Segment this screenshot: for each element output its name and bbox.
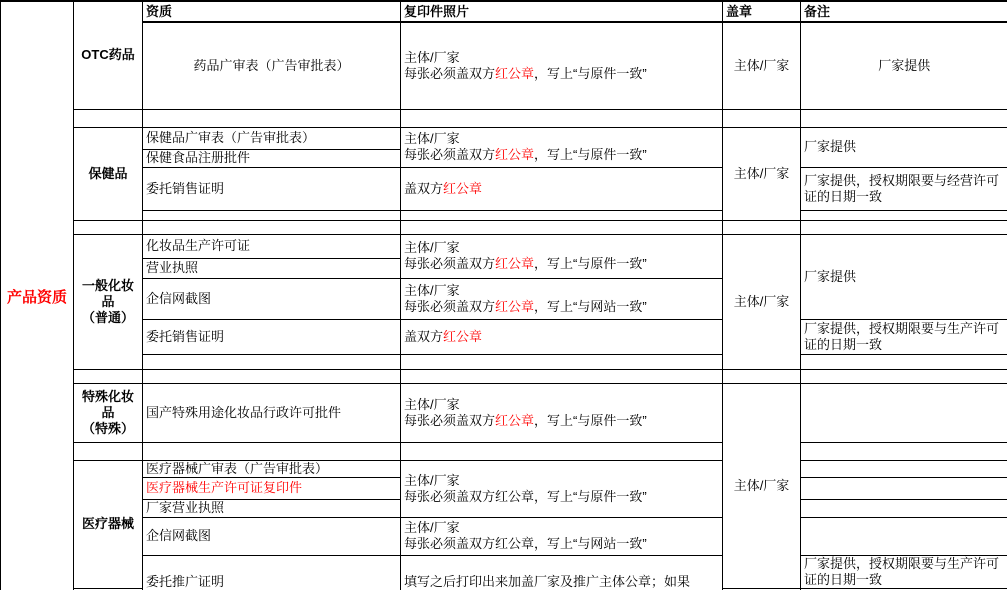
photocopy-line1: 主体/厂家	[404, 240, 719, 256]
product-qualification-sheet: 产品资质 OTC药品 资质 复印件照片 盖章 备注 药品广审表（广告审批表） 主…	[0, 0, 1007, 590]
empty-cell	[801, 383, 1007, 442]
photocopy-line1: 主体/厂家	[404, 50, 719, 66]
empty-cell	[143, 210, 401, 220]
photocopy-line2: 每张必须盖双方红公章，写上“与网站一致”	[404, 299, 719, 315]
red-seal-text: 红公章	[443, 329, 482, 344]
general-item4-cell: 委托销售证明	[143, 319, 401, 354]
empty-cell	[401, 210, 723, 220]
empty-cell	[723, 109, 801, 127]
empty-cell	[801, 517, 1007, 555]
otc-photocopy-cell: 主体/厂家 每张必须盖双方红公章，写上“与原件一致”	[401, 22, 723, 109]
special-photocopy-cell: 主体/厂家 每张必须盖双方红公章，写上“与原件一致”	[401, 383, 723, 442]
empty-cell	[401, 369, 723, 383]
empty-cell	[401, 354, 723, 369]
empty-cell	[801, 477, 1007, 499]
empty-cell	[723, 220, 801, 234]
photocopy-line1: 主体/厂家	[404, 131, 719, 147]
empty-cell	[74, 109, 143, 127]
red-seal-text: 红公章	[495, 147, 534, 162]
empty-cell	[801, 210, 1007, 220]
medical-photocopy-cell-1: 主体/厂家 每张必须盖双方红公章，写上“与原件一致”	[401, 460, 723, 517]
general-stamp-cell: 主体/厂家	[723, 234, 801, 369]
general-remark-auth-cell: 厂家提供，授权期限要与生产许可证的日期一致	[801, 319, 1007, 354]
empty-cell	[401, 442, 723, 460]
empty-cell	[143, 220, 401, 234]
general-seal-cell: 盖双方红公章	[401, 319, 723, 354]
empty-cell	[801, 109, 1007, 127]
empty-cell	[801, 220, 1007, 234]
empty-cell	[801, 499, 1007, 517]
empty-cell	[801, 460, 1007, 477]
red-seal-text: 红公章	[495, 413, 534, 428]
category-medical-devices: 医疗器械	[74, 460, 143, 588]
health-remark-cell: 厂家提供	[801, 127, 1007, 167]
health-remark-auth-cell: 厂家提供，授权期限要与经营许可证的日期一致	[801, 167, 1007, 210]
medical-item5-cell: 委托推广证明	[143, 555, 401, 590]
photocopy-line1: 主体/厂家	[404, 520, 719, 536]
general-photocopy-cell-2: 主体/厂家 每张必须盖双方红公章，写上“与网站一致”	[401, 278, 723, 319]
medical-photocopy-cell-2: 主体/厂家 每张必须盖双方红公章，写上“与网站一致”	[401, 517, 723, 555]
health-item1-cell: 保健品广审表（广告审批表）	[143, 127, 401, 149]
health-item3-cell: 委托销售证明	[143, 167, 401, 210]
otc-remark-cell: 厂家提供	[801, 22, 1007, 109]
product-qualification-table: 产品资质 OTC药品 资质 复印件照片 盖章 备注 药品广审表（广告审批表） 主…	[0, 0, 1007, 590]
empty-cell	[74, 442, 143, 460]
medical-item4-cell: 企信网截图	[143, 517, 401, 555]
health-photocopy-cell: 主体/厂家 每张必须盖双方红公章，写上“与原件一致”	[401, 127, 723, 167]
health-seal-cell: 盖双方红公章	[401, 167, 723, 210]
medical-item3-cell: 厂家营业执照	[143, 499, 401, 517]
general-photocopy-cell-1: 主体/厂家 每张必须盖双方红公章，写上“与原件一致”	[401, 234, 723, 278]
special-item1-cell: 国产特殊用途化妆品行政许可批件	[143, 383, 401, 442]
photocopy-line2: 每张必须盖双方红公章，写上“与原件一致”	[404, 147, 719, 163]
photocopy-line2: 每张必须盖双方红公章，写上“与原件一致”	[404, 489, 719, 505]
header-photocopy: 复印件照片	[401, 1, 723, 22]
otc-stamp-cell: 主体/厂家	[723, 22, 801, 109]
category-otc: OTC药品	[74, 1, 143, 109]
empty-cell	[143, 109, 401, 127]
empty-cell	[143, 354, 401, 369]
medical-remark-auth-cell: 厂家提供，授权期限要与生产许可证的日期一致	[801, 555, 1007, 588]
medical-item2-cell-red: 医疗器械生产许可证复印件	[143, 477, 401, 499]
category-health-products: 保健品	[74, 127, 143, 220]
empty-cell	[74, 369, 143, 383]
medical-item1-cell: 医疗器械广审表（广告审批表）	[143, 460, 401, 477]
empty-cell	[143, 442, 401, 460]
general-item2-cell: 营业执照	[143, 258, 401, 278]
medical-promo-note-cell: 填写之后打印出来加盖厂家及推广主体公章；如果	[401, 555, 723, 590]
photocopy-line1: 主体/厂家	[404, 473, 719, 489]
header-stamp: 盖章	[723, 1, 801, 22]
empty-cell	[74, 220, 143, 234]
empty-cell	[143, 369, 401, 383]
photocopy-line1: 主体/厂家	[404, 283, 719, 299]
photocopy-line2: 每张必须盖双方红公章，写上“与原件一致”	[404, 66, 719, 82]
general-item1-cell: 化妆品生产许可证	[143, 234, 401, 258]
left-title-product-qualification: 产品资质	[1, 1, 74, 590]
header-remark: 备注	[801, 1, 1007, 22]
otc-item-cell: 药品广审表（广告审批表）	[143, 22, 401, 109]
red-seal-text: 红公章	[443, 181, 482, 196]
red-seal-text: 红公章	[495, 256, 534, 271]
photocopy-line1: 主体/厂家	[404, 397, 719, 413]
category-general-cosmetics: 一般化妆 品 （普通）	[74, 234, 143, 369]
empty-cell	[723, 369, 801, 383]
empty-cell	[801, 369, 1007, 383]
empty-cell	[801, 354, 1007, 369]
health-item2-cell: 保健食品注册批件	[143, 149, 401, 167]
empty-cell	[401, 220, 723, 234]
category-special-cosmetics: 特殊化妆 品 （特殊）	[74, 383, 143, 442]
general-item3-cell: 企信网截图	[143, 278, 401, 319]
photocopy-line2: 每张必须盖双方红公章，写上“与原件一致”	[404, 413, 719, 429]
red-seal-text: 红公章	[495, 299, 534, 314]
red-seal-text: 红公章	[495, 66, 534, 81]
photocopy-line2: 每张必须盖双方红公章，写上“与网站一致”	[404, 536, 719, 552]
photocopy-line2: 每张必须盖双方红公章，写上“与原件一致”	[404, 256, 719, 272]
empty-cell	[401, 109, 723, 127]
health-stamp-cell: 主体/厂家	[723, 127, 801, 220]
general-remark-cell: 厂家提供	[801, 234, 1007, 319]
product-qualification-label: 产品资质	[7, 289, 67, 306]
special-medical-stamp-cell: 主体/厂家	[723, 383, 801, 588]
header-qualification: 资质	[143, 1, 401, 22]
empty-cell	[801, 442, 1007, 460]
